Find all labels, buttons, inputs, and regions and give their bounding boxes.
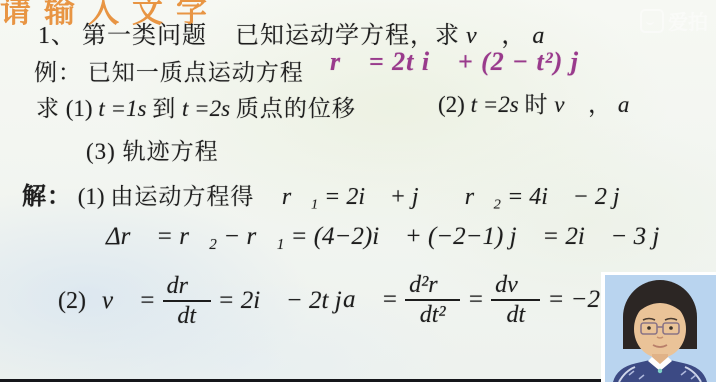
- heading-number: 1、: [38, 23, 76, 49]
- dt2-denominator: dt²: [405, 301, 460, 328]
- example-line: 例： 已知一质点运动方程: [34, 54, 304, 87]
- d2r-dt2-fraction: d²r⃗ dt²: [405, 272, 460, 329]
- step1-text: 由运动方程得: [110, 184, 254, 209]
- acceleration-vector-symbol: a⃗: [532, 23, 563, 49]
- solution-step1-line: 解： (1) 由运动方程得 r⃗₁ = 2i⃗ + j⃗ r⃗₂ = 4i⃗ −…: [22, 176, 638, 211]
- displacement-equation: Δr⃗ = r⃗₂ − r⃗₁ = (4−2)i⃗ + (−2−1) j⃗ = …: [106, 223, 679, 251]
- q2-time: t =2s: [471, 92, 519, 117]
- velocity-vector-symbol: v⃗: [466, 23, 495, 49]
- question-2-line: (2) t =2s 时 v⃗ ， a⃗: [438, 86, 647, 119]
- presenter-webcam-photo: [601, 272, 716, 382]
- r2-equation: r⃗₂ = 4i⃗ − 2 j⃗: [465, 184, 638, 210]
- aipai-logo: 爱拍: [640, 6, 708, 35]
- acceleration-derivation: a⃗ = d²r⃗ dt² = dv⃗ dt = −2 j⃗: [343, 260, 633, 340]
- aipai-logo-icon: [640, 9, 664, 33]
- dv-numerator: dv⃗: [491, 272, 540, 301]
- heading-comma: ，: [501, 23, 526, 49]
- dt-denominator-2: dt: [491, 301, 540, 328]
- step1-number: (1): [78, 184, 105, 209]
- question-1-line: 求 (1) t =1s 到 t =2s 质点的位移: [36, 90, 356, 123]
- lecture-video-frame: 请输入文字 爱拍 1、 第一类问题 已知运动学方程，求 v⃗ ， a⃗ 例： 已…: [0, 0, 716, 382]
- motion-equation: r⃗ = 2t i⃗ + (2 − t²) j⃗: [330, 47, 599, 77]
- presenter-portrait-illustration: [605, 275, 716, 382]
- step2-number: (2): [58, 288, 86, 315]
- ask-label: 求: [36, 96, 60, 121]
- heading-title: 第一类问题: [82, 23, 207, 49]
- dr-numerator: dr⃗: [163, 273, 211, 302]
- r1-equation: r⃗₁ = 2i⃗ + j⃗: [282, 184, 437, 210]
- solve-label: 解：: [22, 184, 72, 210]
- d2r-numerator: d²r⃗: [405, 272, 460, 301]
- q2-acceleration-symbol: a⃗: [618, 92, 647, 117]
- velocity-rhs: = 2i⃗ − 2t j⃗: [218, 287, 361, 315]
- example-label: 例：: [34, 60, 82, 85]
- q1-time-end: t =2s: [182, 96, 230, 121]
- acceleration-lhs: a⃗ =: [343, 286, 398, 314]
- q1-to: 到: [152, 96, 176, 121]
- dv-dt-fraction: dv⃗ dt: [491, 272, 540, 329]
- acceleration-equals: =: [467, 286, 484, 314]
- dr-dt-fraction: dr⃗ dt: [163, 273, 211, 330]
- dt-denominator: dt: [163, 302, 211, 329]
- q1-time-start: t =1s: [98, 96, 146, 121]
- question-3-line: (3) 轨迹方程: [86, 133, 219, 166]
- q2-when: 时: [524, 92, 548, 117]
- q1-number: (1): [66, 96, 93, 121]
- aipai-logo-text: 爱拍: [668, 6, 708, 35]
- example-text: 已知一质点运动方程: [88, 60, 304, 85]
- velocity-lhs: v⃗ =: [102, 287, 156, 315]
- heading-line: 1、 第一类问题 已知运动学方程，求 v⃗ ， a⃗: [38, 15, 563, 50]
- velocity-derivation: (2) v⃗ = dr⃗ dt = 2i⃗ − 2t j⃗: [58, 264, 361, 338]
- q1-text: 质点的位移: [236, 96, 356, 121]
- q2-comma: ，: [588, 92, 612, 117]
- heading-statement: 已知运动学方程，求: [235, 23, 460, 49]
- q2-number: (2): [438, 92, 465, 117]
- q2-velocity-symbol: v⃗: [554, 92, 582, 117]
